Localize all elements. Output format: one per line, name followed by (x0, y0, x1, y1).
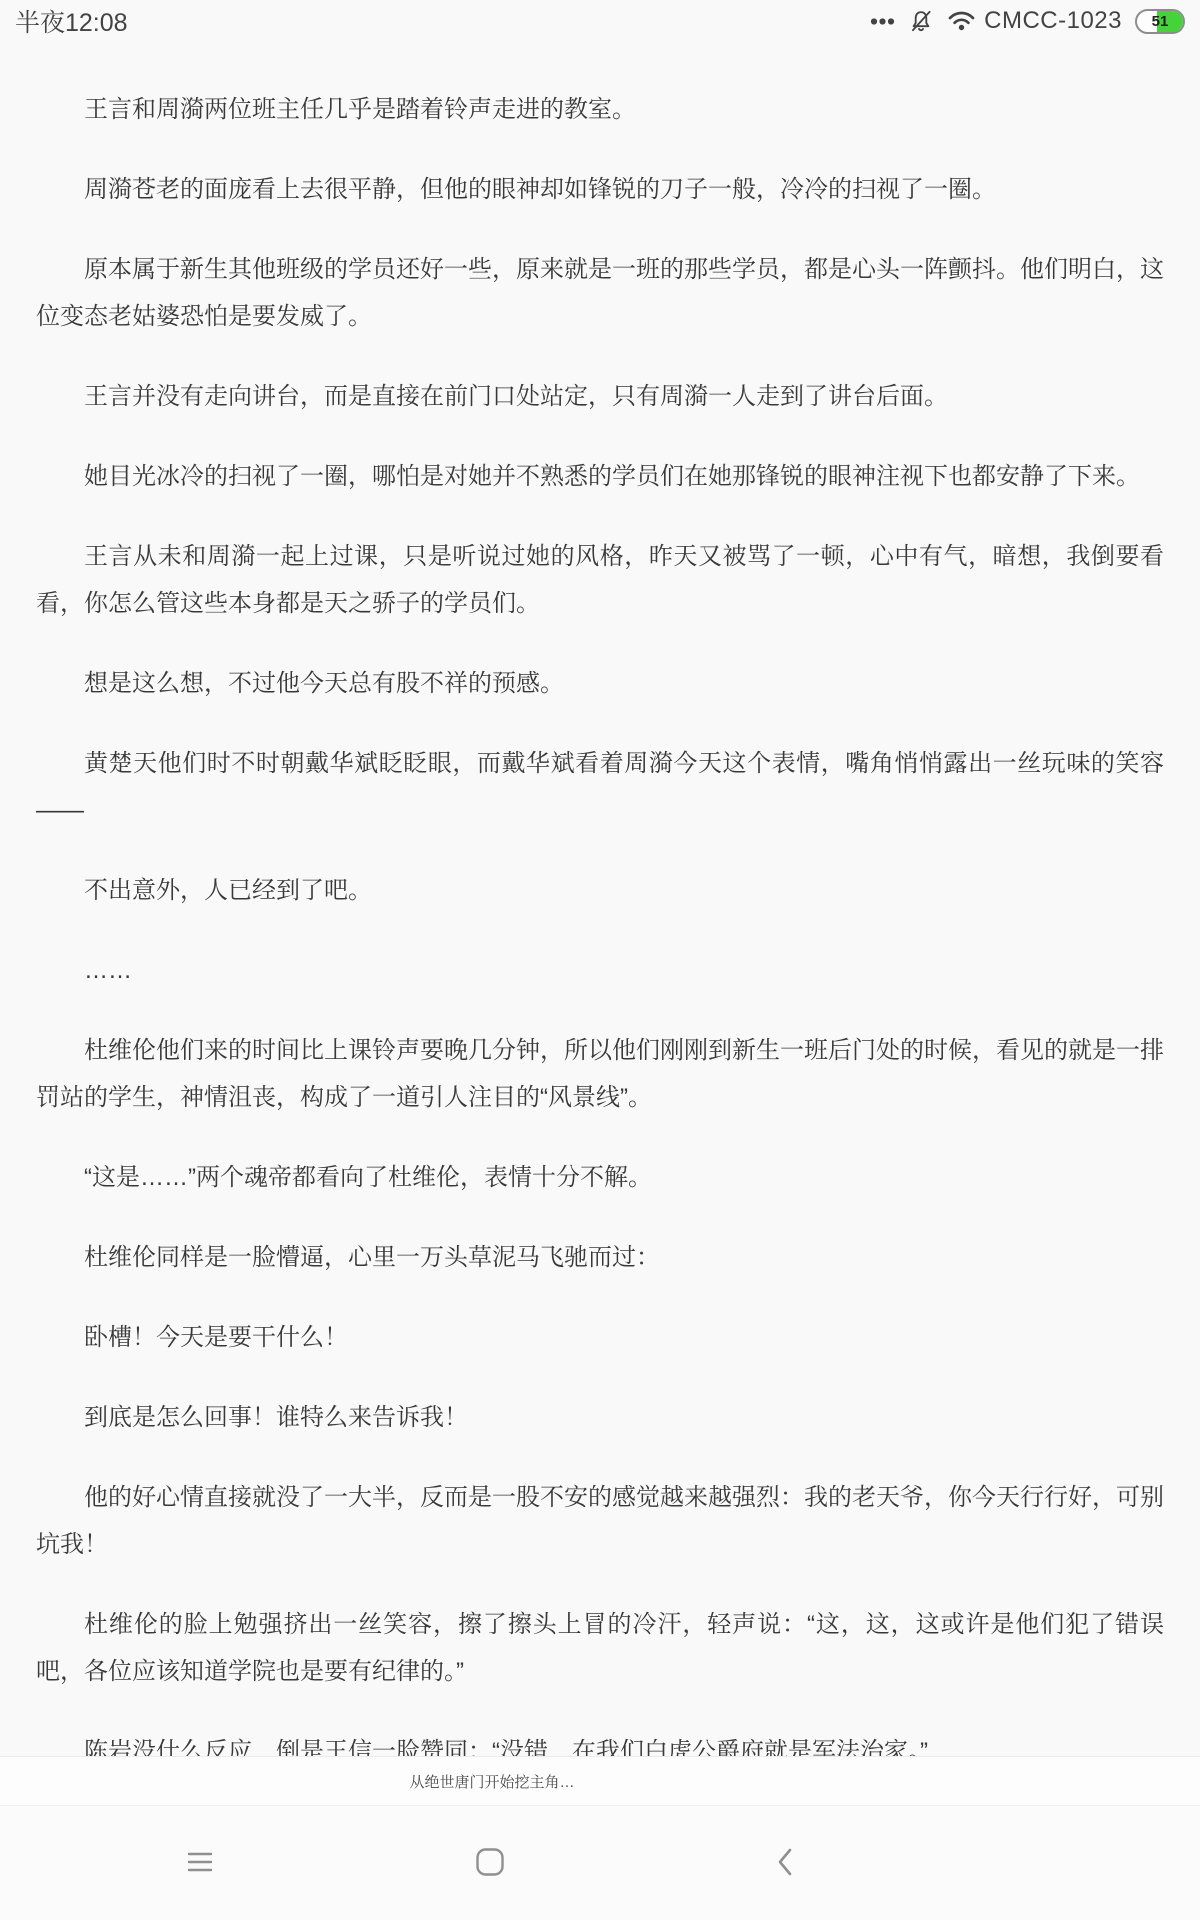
wifi-icon (947, 10, 976, 32)
paragraph: 王言和周漪两位班主任几乎是踏着铃声走进的教室。 (36, 86, 1164, 133)
menu-icon (187, 1851, 213, 1878)
paragraph: 到底是怎么回事！谁特么来告诉我！ (36, 1394, 1164, 1441)
paragraph: “这是……”两个魂帝都看向了杜维伦，表情十分不解。 (36, 1154, 1164, 1201)
paragraph: 王言并没有走向讲台，而是直接在前门口处站定，只有周漪一人走到了讲台后面。 (36, 373, 1164, 420)
mute-icon (908, 8, 934, 34)
paragraph: 周漪苍老的面庞看上去很平静，但他的眼神却如锋锐的刀子一般，冷冷的扫视了一圈。 (36, 166, 1164, 213)
navigation-bar (0, 1806, 1200, 1920)
paragraph: 原本属于新生其他班级的学员还好一些，原来就是一班的那些学员，都是心头一阵颤抖。他… (36, 246, 1164, 340)
paragraph: 黄楚天他们时不时朝戴华斌眨眨眼，而戴华斌看着周漪今天这个表情，嘴角悄悄露出一丝玩… (36, 740, 1164, 834)
bottom-banner[interactable]: 从绝世唐门开始挖主角… (0, 1756, 1200, 1806)
paragraph: …… (36, 947, 1164, 994)
paragraph: 杜维伦的脸上勉强挤出一丝笑容，擦了擦头上冒的冷汗，轻声说：“这，这，这或许是他们… (36, 1601, 1164, 1695)
clock-label: 半夜12:08 (15, 3, 128, 39)
paragraph: 想是这么想，不过他今天总有股不祥的预感。 (36, 660, 1164, 707)
carrier-label: CMCC-1023 (984, 7, 1122, 35)
paragraph: 王言从未和周漪一起上过课，只是听说过她的风格，昨天又被骂了一顿，心中有气，暗想，… (36, 533, 1164, 627)
paragraph: 卧槽！今天是要干什么！ (36, 1314, 1164, 1361)
paragraph: 杜维伦同样是一脸懵逼，心里一万头草泥马飞驰而过： (36, 1234, 1164, 1281)
reading-area[interactable]: 王言和周漪两位班主任几乎是踏着铃声走进的教室。周漪苍老的面庞看上去很平静，但他的… (0, 42, 1200, 1756)
battery-percent-label: 51 (1137, 11, 1183, 32)
status-bar: 半夜12:08 CMCC-1023 51 (0, 0, 1200, 42)
paragraph: 不出意外，人已经到了吧。 (36, 867, 1164, 914)
reader-screen: { "status_bar": { "time": "半夜12:08", "ca… (0, 0, 1200, 1920)
more-notifications-icon (870, 17, 895, 26)
battery-indicator: 51 (1135, 9, 1185, 34)
home-button[interactable] (460, 1842, 520, 1886)
home-icon (475, 1847, 505, 1882)
paragraph-list: 王言和周漪两位班主任几乎是踏着铃声走进的教室。周漪苍老的面庞看上去很平静，但他的… (36, 86, 1164, 1756)
back-icon (776, 1846, 794, 1883)
status-bar-right: CMCC-1023 51 (857, 7, 1185, 35)
menu-button[interactable] (170, 1842, 230, 1886)
bottom-banner-text: 从绝世唐门开始挖主角… (0, 1757, 984, 1805)
paragraph: 他的好心情直接就没了一大半，反而是一股不安的感觉越来越强烈：我的老天爷，你今天行… (36, 1474, 1164, 1568)
back-button[interactable] (755, 1842, 815, 1886)
paragraph: 杜维伦他们来的时间比上课铃声要晚几分钟，所以他们刚刚到新生一班后门处的时候，看见… (36, 1027, 1164, 1121)
paragraph: 陈岩没什么反应，倒是王信一脸赞同：“没错，在我们白虎公爵府就是军法治家。” (36, 1728, 1164, 1756)
paragraph: 她目光冰冷的扫视了一圈，哪怕是对她并不熟悉的学员们在她那锋锐的眼神注视下也都安静… (36, 453, 1164, 500)
